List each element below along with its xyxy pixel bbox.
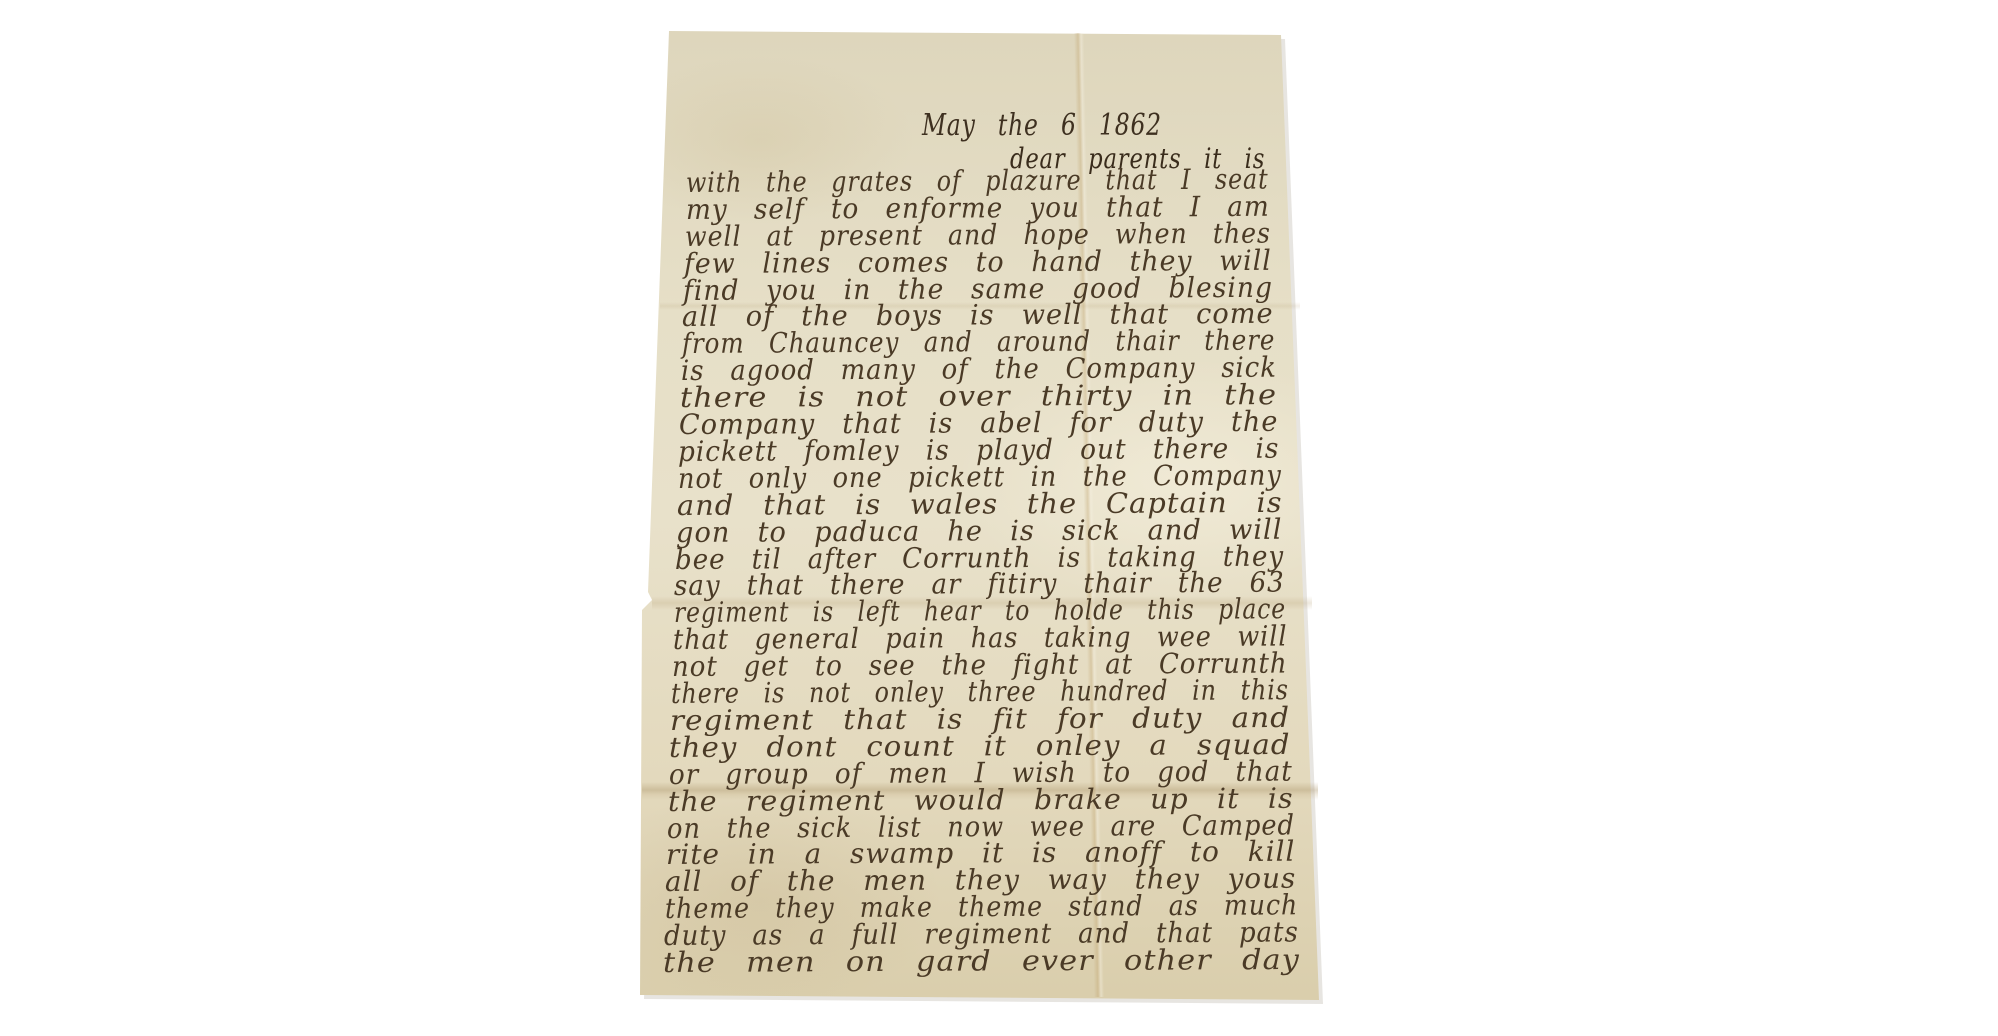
letter-line: the men on gard ever other day (663, 943, 1300, 979)
letter-date: May the 6 1862 (922, 108, 1162, 143)
handwritten-letter-text: May the 6 1862 dear parents it is with t… (0, 0, 1998, 1036)
